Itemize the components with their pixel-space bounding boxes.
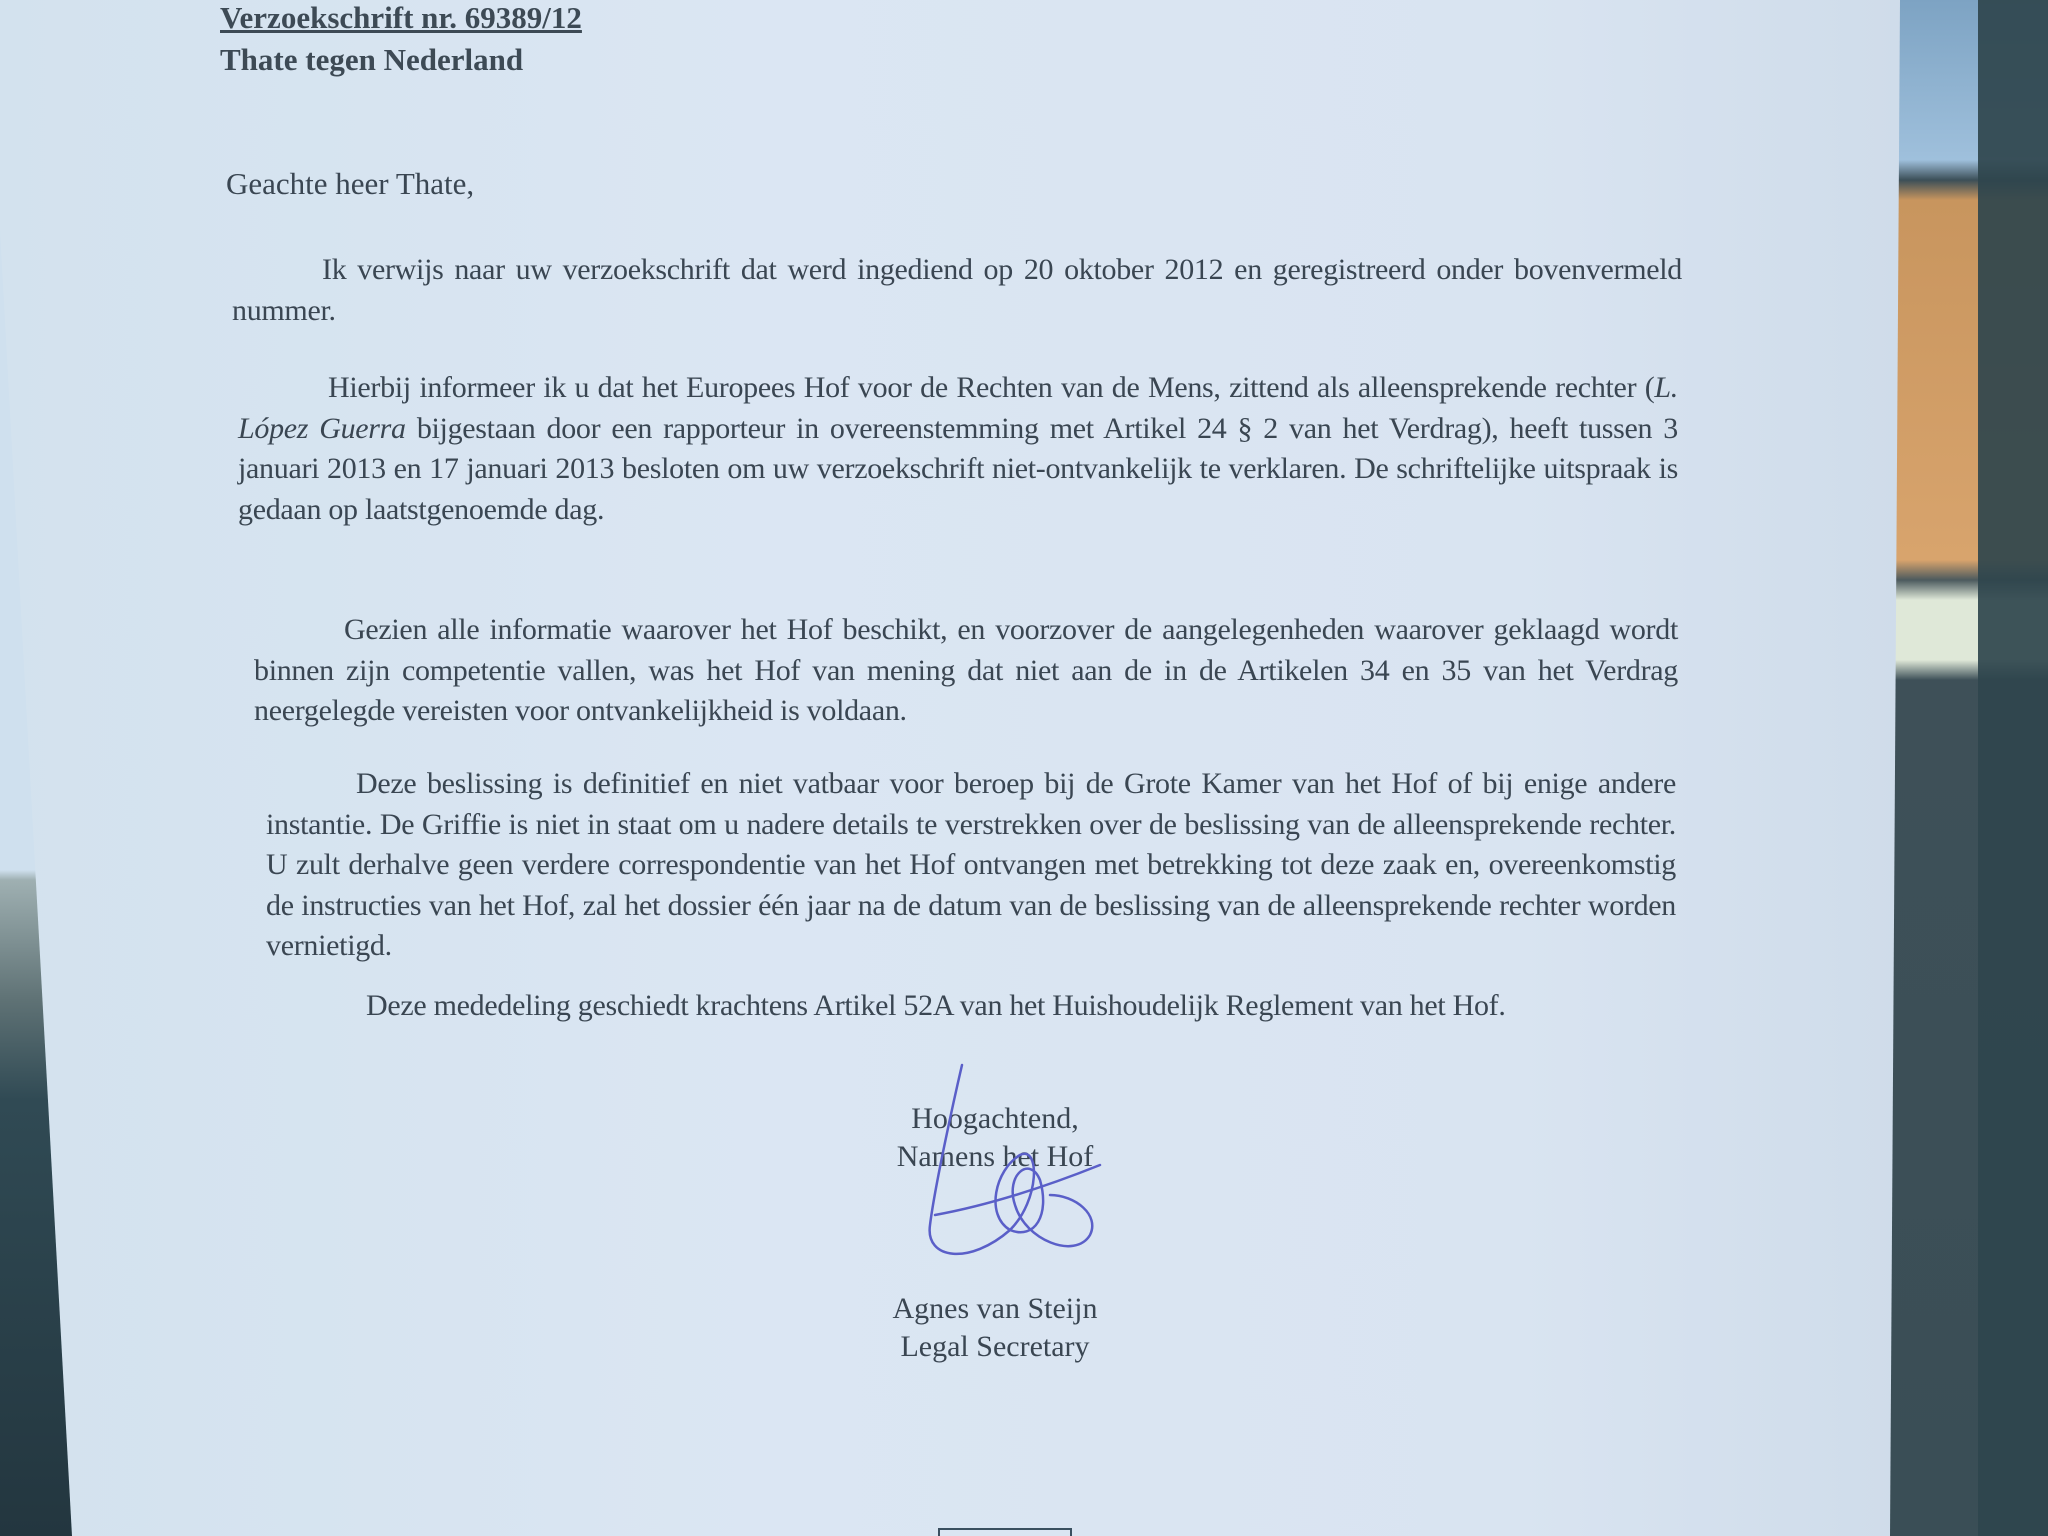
signature-icon: [900, 1055, 1140, 1275]
paragraph-5-text: Deze mededeling geschiedt krachtens Arti…: [366, 989, 1506, 1022]
paragraph-5: Deze mededeling geschiedt krachtens Arti…: [276, 986, 1676, 1027]
salutation: Geachte heer Thate,: [226, 166, 474, 202]
reference-number: Verzoekschrift nr. 69389/12: [220, 0, 582, 36]
signer-block: Agnes van Steijn Legal Secretary: [870, 1290, 1120, 1366]
signer-title: Legal Secretary: [870, 1328, 1120, 1366]
paragraph-1: Ik verwijs naar uw verzoekschrift dat we…: [232, 250, 1682, 331]
paragraph-4-text: Deze beslissing is definitief en niet va…: [266, 767, 1676, 962]
stamp-box: [938, 1528, 1072, 1536]
paragraph-4: Deze beslissing is definitief en niet va…: [266, 764, 1676, 967]
paragraph-3-text: Gezien alle informatie waarover het Hof …: [254, 613, 1678, 727]
case-title: Thate tegen Nederland: [220, 42, 523, 78]
letter-document: Verzoekschrift nr. 69389/12 Thate tegen …: [0, 0, 1900, 1536]
paragraph-2: Hierbij informeer ik u dat het Europees …: [238, 368, 1678, 530]
paragraph-1-text: Ik verwijs naar uw verzoekschrift dat we…: [232, 253, 1682, 327]
paragraph-3: Gezien alle informatie waarover het Hof …: [254, 610, 1678, 732]
paragraph-2-text-b: bijgestaan door een rapporteur in overee…: [238, 412, 1678, 526]
paragraph-2-text-a: Hierbij informeer ik u dat het Europees …: [328, 371, 1654, 404]
letter-paper: Verzoekschrift nr. 69389/12 Thate tegen …: [0, 0, 1900, 1536]
window-frame: [1978, 0, 2048, 1536]
signer-name: Agnes van Steijn: [870, 1290, 1120, 1328]
